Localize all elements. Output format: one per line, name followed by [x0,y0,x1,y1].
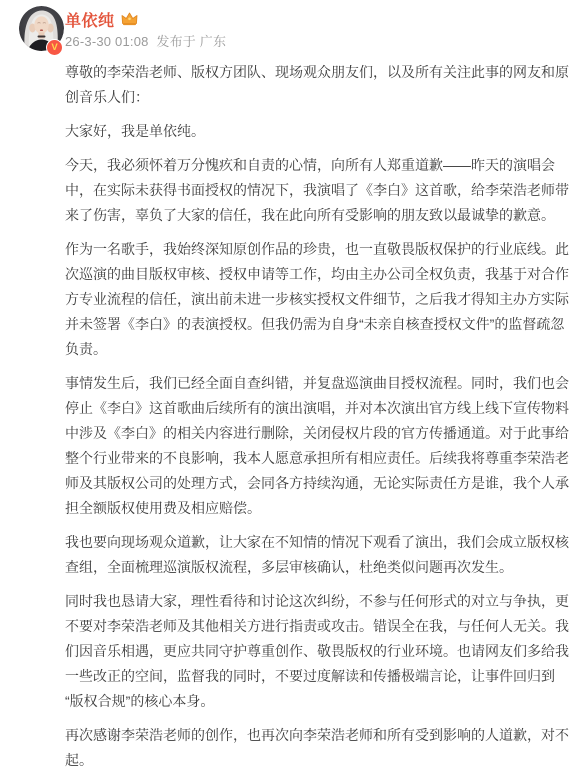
verified-badge-icon: V [46,39,63,56]
post-paragraph: 我也要向现场观众道歉，让大家在不知情的情况下观看了演出，我们会成立版权核查组，全… [65,530,570,580]
weibo-post: V 单依纯 26-3-30 01:08 发布于 广东 尊敬的李荣浩老师、版权方团… [0,0,572,772]
post-paragraph: 事情发生后，我们已经全面自查纠错，并复盘巡演曲目授权流程。同时，我们也会停止《李… [65,371,570,521]
post-meta: 26-3-30 01:08 发布于 广东 [65,31,226,50]
post-origin: 发布于 广东 [156,34,226,49]
post-paragraph: 大家好，我是单依纯。 [65,119,570,144]
post-paragraph: 尊敬的李荣浩老师、版权方团队、现场观众朋友们，以及所有关注此事的网友和原创音乐人… [65,60,570,110]
post-paragraph: 再次感谢李荣浩老师的创作，也再次向李荣浩老师和所有受到影响的人道歉，对不起。 [65,723,570,772]
author-row: 单依纯 [65,8,138,30]
post-body: 尊敬的李荣浩老师、版权方团队、现场观众朋友们，以及所有关注此事的网友和原创音乐人… [65,60,570,772]
author-name[interactable]: 单依纯 [65,8,115,31]
avatar[interactable]: V [19,6,64,51]
post-paragraph: 作为一名歌手，我始终深知原创作品的珍贵，也一直敬畏版权保护的行业底线。此次巡演的… [65,237,570,362]
vip-crown-icon[interactable] [121,12,138,26]
post-time: 26-3-30 01:08 [65,34,149,49]
post-paragraph: 同时我也恳请大家，理性看待和讨论这次纠纷，不参与任何形式的对立与争执，更不要对李… [65,589,570,714]
post-paragraph: 今天，我必须怀着万分愧疚和自责的心情，向所有人郑重道歉——昨天的演唱会中，在实际… [65,153,570,228]
